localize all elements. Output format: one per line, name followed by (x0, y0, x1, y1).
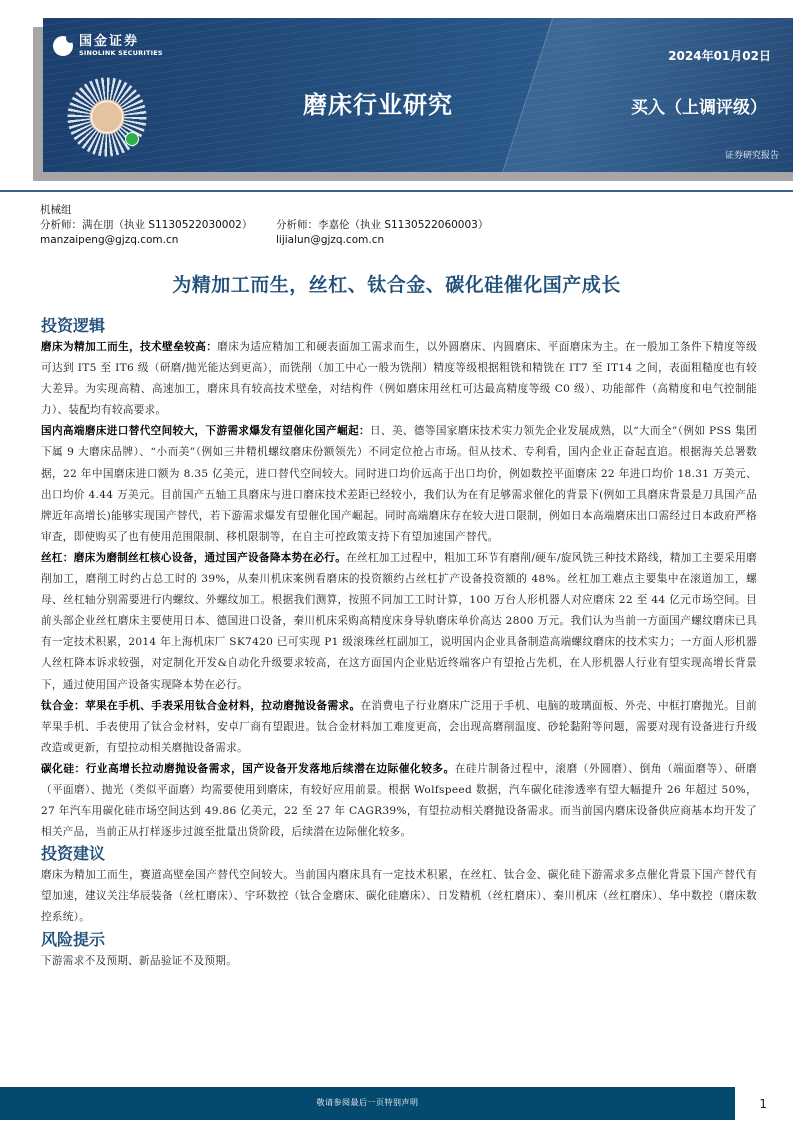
report-date: 2024年01月02日 (668, 47, 771, 64)
qr-center-logo-icon (91, 101, 123, 133)
paragraph: 国内高端磨床进口替代空间较大，下游需求爆发有望催化国产崛起：日、美、德等国家磨床… (41, 421, 757, 548)
section-heading-logic: 投资逻辑 (41, 315, 757, 337)
brand-logo: 国金证券 SINOLINK SECURITIES (53, 35, 163, 57)
paragraph-lead: 国内高端磨床进口替代空间较大，下游需求爆发有望催化国产崛起： (41, 425, 370, 437)
brand-name-cn: 国金证券 (79, 35, 163, 49)
footer-disclaimer: 敬请参阅最后一页特别声明 (0, 1097, 735, 1108)
paragraph: 下游需求不及预期、新品验证不及预期。 (41, 951, 757, 972)
analyst-2-label: 分析师：李嘉伦（执业 S1130522060003） (276, 218, 488, 233)
analyst-1-email[interactable]: manzaipeng@gjzq.com.cn (40, 233, 276, 248)
rating-badge: 买入（上调评级） (631, 93, 767, 118)
paragraph-lead: 碳化硅：行业高增长拉动磨抛设备需求，国产设备开发落地后续潜在边际催化较多。 (41, 763, 455, 775)
analyst-1-label: 分析师：满在朋（执业 S1130522030002） (40, 218, 276, 233)
paragraph: 碳化硅：行业高增长拉动磨抛设备需求，国产设备开发落地后续潜在边际催化较多。在硅片… (41, 759, 757, 843)
paragraph: 磨床为精加工而生，赛道高壁垒国产替代空间较大。当前国内磨床具有一定技术积累，在丝… (41, 865, 757, 928)
paragraph-lead: 钛合金：苹果在手机、手表采用钛合金材料，拉动磨抛设备需求。 (41, 700, 361, 712)
paragraph-lead: 磨床为精加工而生，技术壁垒较高： (41, 341, 217, 353)
research-group: 机械组 (40, 203, 488, 218)
mini-program-icon (125, 132, 139, 146)
document-title: 为精加工而生，丝杠、钛合金、碳化硅催化国产成长 (0, 270, 793, 297)
analyst-block: 机械组 分析师：满在朋（执业 S1130522030002） 分析师：李嘉伦（执… (40, 203, 488, 248)
brand-name-en: SINOLINK SECURITIES (79, 49, 163, 57)
paragraph: 磨床为精加工而生，技术壁垒较高：磨床为适应精加工和硬表面加工需求而生，以外圆磨床… (41, 337, 757, 421)
analyst-2-email[interactable]: lijialun@gjzq.com.cn (276, 233, 384, 248)
sinolink-logo-icon (53, 36, 73, 56)
paragraph: 丝杠：磨床为磨制丝杠核心设备，通过国产设备降本势在必行。在丝杠加工过程中，粗加工… (41, 548, 757, 696)
page-number: 1 (759, 1097, 767, 1111)
paragraph-lead: 丝杠：磨床为磨制丝杠核心设备，通过国产设备降本势在必行。 (41, 552, 346, 564)
report-type: 证券研究报告 (725, 148, 779, 161)
section-heading-risk: 风险提示 (41, 929, 757, 951)
report-body: 投资逻辑 磨床为精加工而生，技术壁垒较高：磨床为适应精加工和硬表面加工需求而生，… (41, 315, 757, 972)
section-heading-recommendation: 投资建议 (41, 843, 757, 865)
paragraph: 钛合金：苹果在手机、手表采用钛合金材料，拉动磨抛设备需求。在消费电子行业磨床广泛… (41, 696, 757, 759)
report-category: 磨床行业研究 (303, 85, 453, 120)
header-divider (0, 190, 793, 192)
